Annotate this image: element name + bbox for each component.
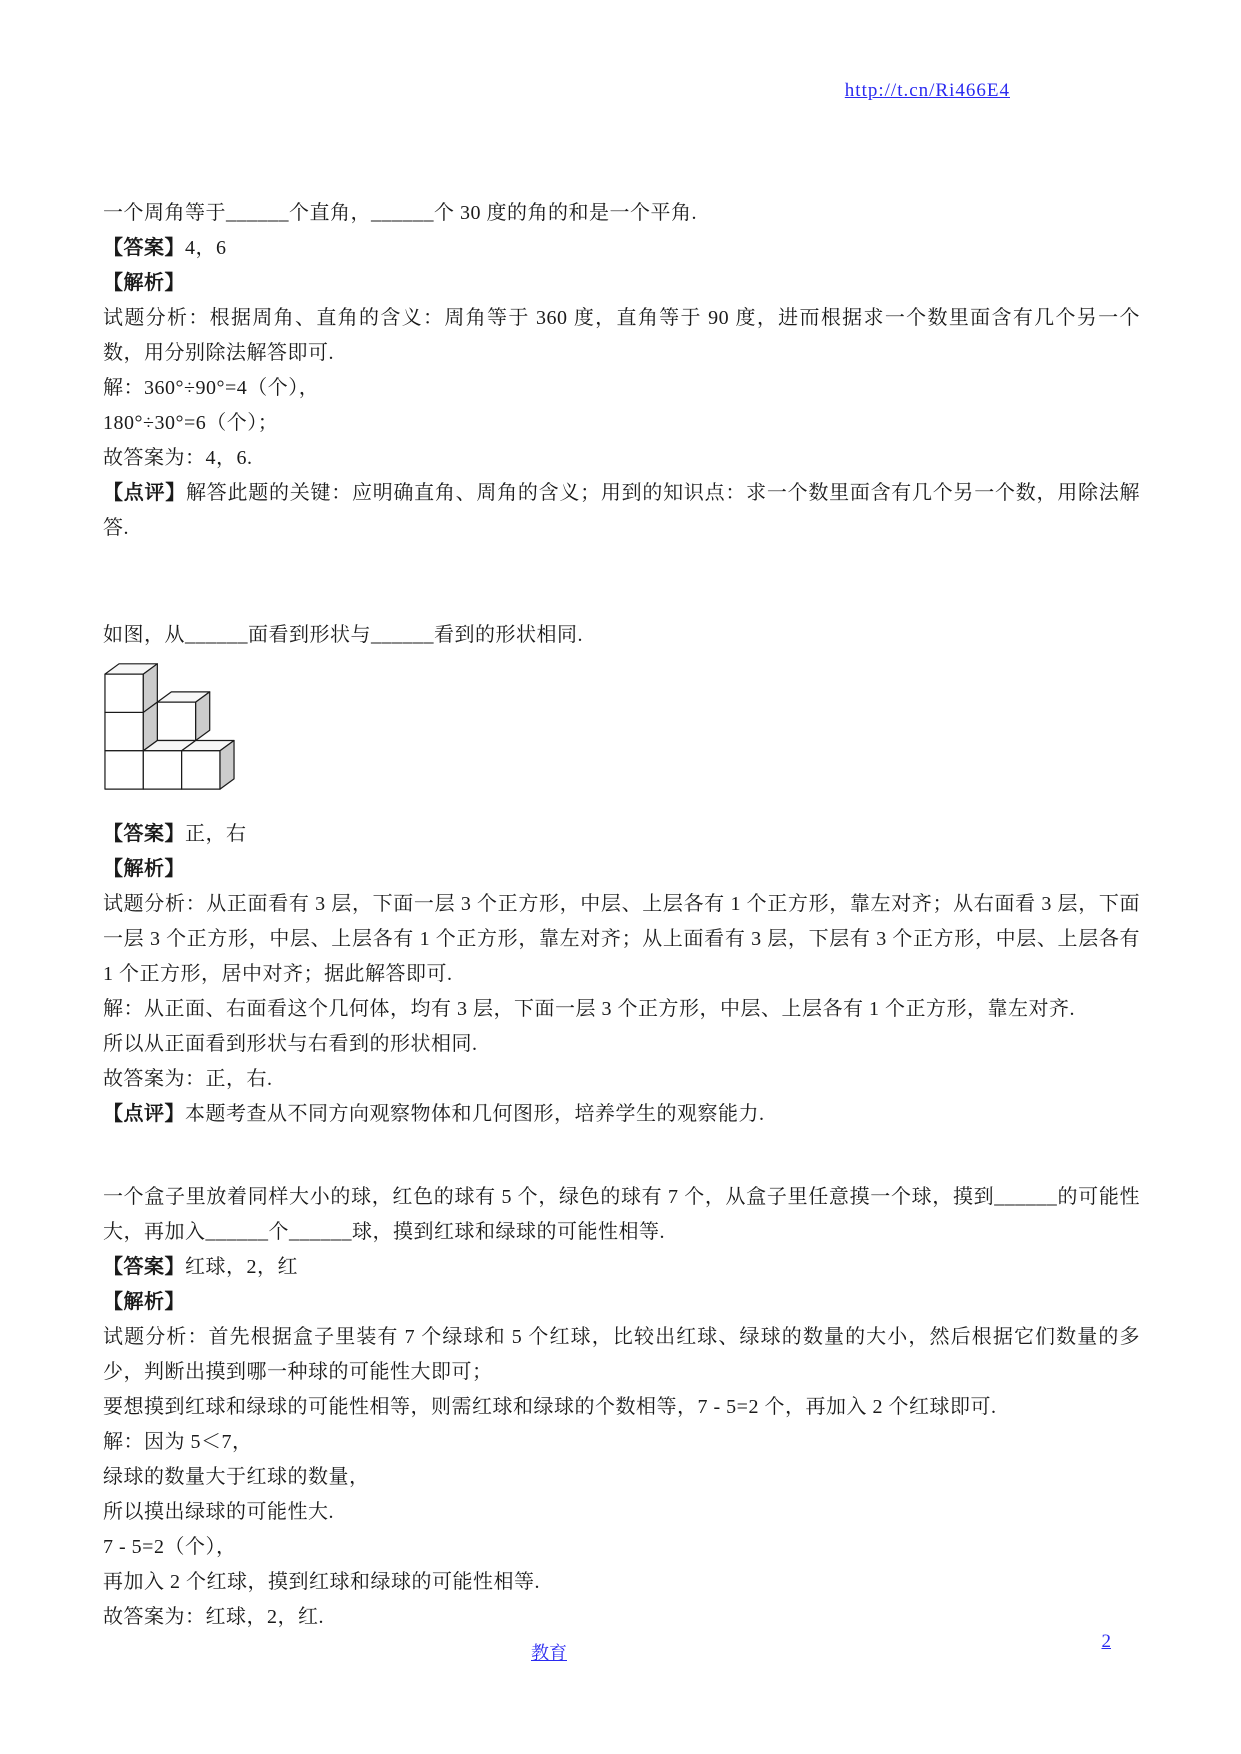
footer-education-link[interactable]: 教育 [531, 1643, 567, 1663]
comment-label: 【点评】 [103, 1103, 185, 1125]
answer-value: 4，6 [185, 237, 227, 259]
analysis-paragraph-1: 试题分析：根据周角、直角的含义：周角等于 360 度，直角等于 90 度，进而根… [103, 301, 1140, 371]
solution-line: 7 - 5=2（个）， [103, 1530, 1140, 1565]
cube-stack-figure [103, 661, 1140, 791]
document-page: http://t.cn/Ri466E4 一个周角等于______个直角，____… [0, 0, 1241, 1754]
answer-value: 红球，2，红 [185, 1256, 298, 1278]
answer-line-3: 【答案】红球，2，红 [103, 1250, 1140, 1285]
solution-line: 故答案为：正，右. [103, 1062, 1140, 1097]
question-block-1: 一个周角等于______个直角，______个 30 度的角的和是一个平角. 【… [103, 196, 1140, 546]
question-1-text: 一个周角等于______个直角，______个 30 度的角的和是一个平角. [103, 196, 1140, 231]
solution-line: 解：从正面、右面看这个几何体，均有 3 层，下面一层 3 个正方形，中层、上层各… [103, 992, 1140, 1027]
solution-line: 解：360°÷90°=4（个）， [103, 371, 1140, 406]
analysis-line: 要想摸到红球和绿球的可能性相等，则需红球和绿球的个数相等，7 - 5=2 个，再… [103, 1390, 1140, 1425]
analysis-paragraph-3: 试题分析：首先根据盒子里装有 7 个绿球和 5 个红球，比较出红球、绿球的数量的… [103, 1320, 1140, 1390]
solution-line: 绿球的数量大于红球的数量， [103, 1460, 1140, 1495]
solution-line: 解：因为 5＜7， [103, 1425, 1140, 1460]
question-block-3: 一个盒子里放着同样大小的球，红色的球有 5 个，绿色的球有 7 个，从盒子里任意… [103, 1180, 1140, 1635]
question-2-text: 如图，从______面看到形状与______看到的形状相同. [103, 618, 1140, 653]
solution-line: 180°÷30°=6（个）； [103, 406, 1140, 441]
analysis-label-3: 【解析】 [103, 1285, 1140, 1320]
solution-line: 故答案为：红球，2，红. [103, 1600, 1140, 1635]
solution-line: 所以摸出绿球的可能性大. [103, 1495, 1140, 1530]
comment-text: 本题考查从不同方向观察物体和几何图形，培养学生的观察能力. [185, 1103, 765, 1125]
comment-text: 解答此题的关键：应明确直角、周角的含义；用到的知识点：求一个数里面含有几个另一个… [103, 482, 1140, 539]
analysis-paragraph-2: 试题分析：从正面看有 3 层，下面一层 3 个正方形，中层、上层各有 1 个正方… [103, 887, 1140, 992]
cube-stack-svg [103, 661, 236, 791]
answer-value: 正，右 [185, 823, 247, 845]
question-3-text: 一个盒子里放着同样大小的球，红色的球有 5 个，绿色的球有 7 个，从盒子里任意… [103, 1180, 1140, 1250]
solution-line: 再加入 2 个红球，摸到红球和绿球的可能性相等. [103, 1565, 1140, 1600]
answer-label: 【答案】 [103, 823, 185, 845]
answer-label: 【答案】 [103, 1256, 185, 1278]
comment-label: 【点评】 [103, 482, 186, 504]
comment-paragraph-1: 【点评】解答此题的关键：应明确直角、周角的含义；用到的知识点：求一个数里面含有几… [103, 476, 1140, 546]
answer-line-2: 【答案】正，右 [103, 817, 1140, 852]
solution-line: 所以从正面看到形状与右看到的形状相同. [103, 1027, 1140, 1062]
analysis-label-2: 【解析】 [103, 852, 1140, 887]
solution-line: 故答案为：4，6. [103, 441, 1140, 476]
comment-paragraph-2: 【点评】本题考查从不同方向观察物体和几何图形，培养学生的观察能力. [103, 1097, 1140, 1132]
analysis-label-1: 【解析】 [103, 266, 1140, 301]
question-block-2: 如图，从______面看到形状与______看到的形状相同. [103, 618, 1140, 1132]
header-url-link[interactable]: http://t.cn/Ri466E4 [845, 80, 1010, 101]
answer-line-1: 【答案】4，6 [103, 231, 1140, 266]
page-number: 2 [1102, 1631, 1112, 1653]
answer-label: 【答案】 [103, 237, 185, 259]
document-body: 一个周角等于______个直角，______个 30 度的角的和是一个平角. 【… [103, 196, 1140, 1635]
